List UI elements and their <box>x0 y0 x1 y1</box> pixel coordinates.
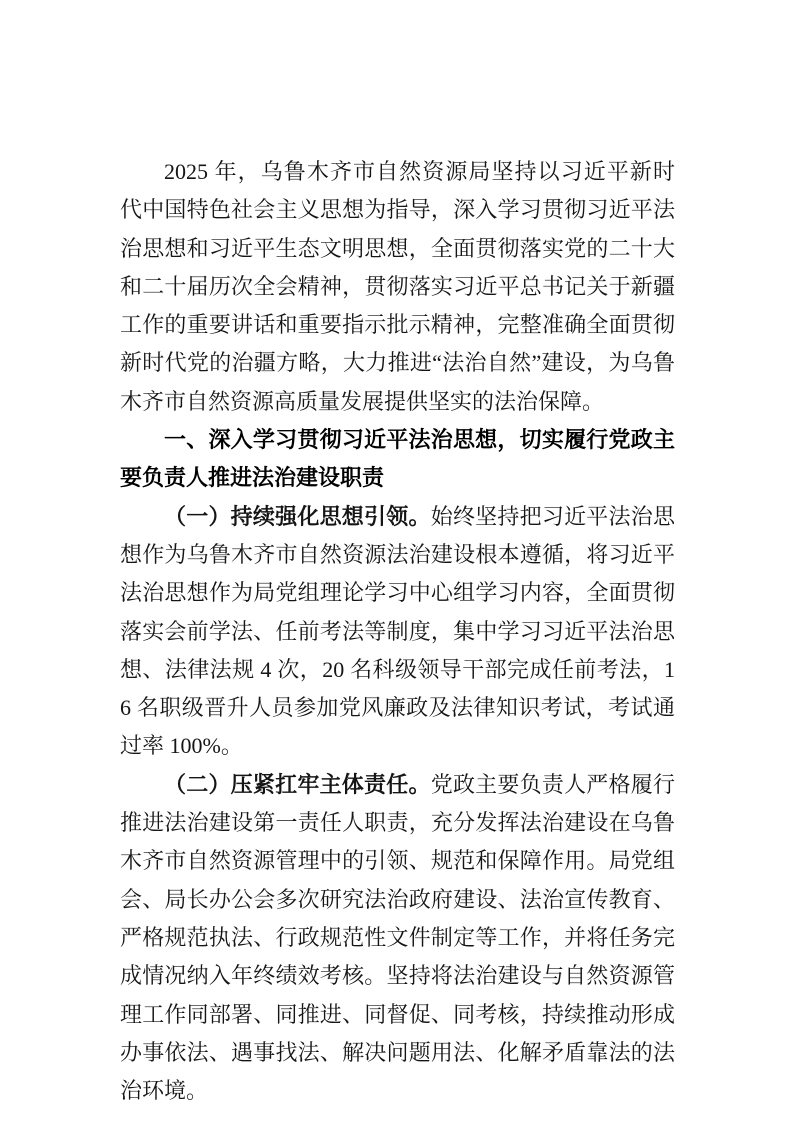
paragraph-sub2-lead: （二）压紧扛牢主体责任。 <box>164 772 431 797</box>
document-body: 2025 年，乌鲁木齐市自然资源局坚持以习近平新时代中国特色社会主义思想为指导，… <box>120 153 675 1110</box>
paragraph-sub1: （一）持续强化思想引领。始终坚持把习近平法治思想作为乌鲁木齐市自然资源法治建设根… <box>120 498 675 766</box>
section-1-heading: 一、深入学习贯彻习近平法治思想，切实履行党政主要负责人推进法治建设职责 <box>120 421 675 498</box>
document-page: 2025 年，乌鲁木齐市自然资源局坚持以习近平新时代中国特色社会主义思想为指导，… <box>0 0 793 1122</box>
paragraph-intro-text: 2025 年，乌鲁木齐市自然资源局坚持以习近平新时代中国特色社会主义思想为指导，… <box>120 159 675 414</box>
section-1-heading-text: 一、深入学习贯彻习近平法治思想，切实履行党政主要负责人推进法治建设职责 <box>120 427 675 490</box>
paragraph-sub1-text: 始终坚持把习近平法治思想作为乌鲁木齐市自然资源法治建设根本遵循，将习近平法治思想… <box>120 504 675 759</box>
paragraph-sub1-lead: （一）持续强化思想引领。 <box>164 504 431 529</box>
paragraph-sub2: （二）压紧扛牢主体责任。党政主要负责人严格履行推进法治建设第一责任人职责，充分发… <box>120 766 675 1111</box>
paragraph-intro: 2025 年，乌鲁木齐市自然资源局坚持以习近平新时代中国特色社会主义思想为指导，… <box>120 153 675 421</box>
paragraph-sub2-text: 党政主要负责人严格履行推进法治建设第一责任人职责，充分发挥法治建设在乌鲁木齐市自… <box>120 772 675 1103</box>
